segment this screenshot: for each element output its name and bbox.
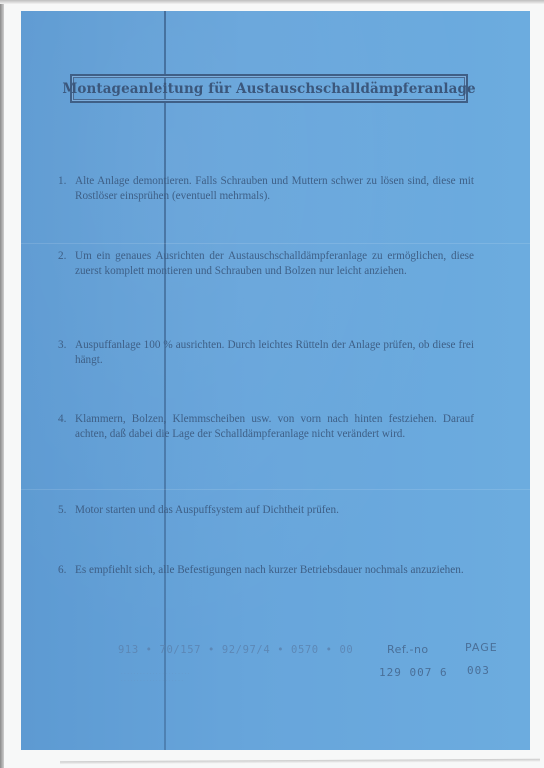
step-number: 4. (58, 412, 74, 427)
instruction-step: 1. Alte Anlage demontieren. Falls Schrau… (58, 174, 474, 204)
step-text: Klammern, Bolzen, Klemmscheiben usw. von… (75, 412, 474, 442)
instruction-step: 6. Es empfiehlt sich, alle Befestigungen… (58, 563, 474, 578)
scan-edge-top (0, 0, 544, 4)
fold-crease-horizontal (21, 489, 530, 490)
instruction-step: 5. Motor starten und das Auspuffsystem a… (58, 503, 474, 518)
instruction-step: 4. Klammern, Bolzen, Klemmscheiben usw. … (58, 412, 474, 442)
step-text: Es empfiehlt sich, alle Befestigungen na… (75, 563, 474, 578)
step-number: 2. (58, 249, 74, 264)
step-number: 6. (58, 563, 74, 578)
step-number: 5. (58, 503, 74, 518)
ref-no-value: 129 007 6 (379, 666, 448, 679)
page-number-value: 003 (467, 664, 490, 677)
title-box: Montageanleitung für Austauschschalldämp… (70, 74, 468, 103)
fine-print-line: · · · · · · · · · · · · · · · · · · · · … (121, 671, 311, 678)
step-text: Alte Anlage demontieren. Falls Schrauben… (75, 174, 474, 204)
fine-print-line: · · · · · · · · · · · · · · · · · · · · (121, 678, 311, 685)
instruction-step: 2. Um ein genaues Ausrichten der Austaus… (58, 249, 474, 279)
step-text: Auspuffanlage 100 % ausrichten. Durch le… (75, 338, 474, 368)
step-text: Um ein genaues Ausrichten der Austauschs… (75, 249, 474, 279)
step-text: Motor starten und das Auspuffsystem auf … (75, 503, 474, 518)
instruction-step: 3. Auspuffanlage 100 % ausrichten. Durch… (58, 338, 474, 368)
fold-crease-horizontal (21, 243, 530, 244)
footer-fine-print: · · · · · · · · · · · · · · · · · · · · … (121, 671, 311, 685)
footer-part-code: 913 • 70/157 • 92/97/4 • 0570 • 00 (118, 644, 353, 656)
document-sheet: Montageanleitung für Austauschschalldämp… (21, 11, 530, 750)
scan-edge-bottom (60, 759, 540, 765)
step-number: 3. (58, 338, 74, 353)
page-label: PAGE (465, 641, 498, 654)
step-number: 1. (58, 174, 74, 189)
scan-edge-left (0, 0, 4, 768)
document-title: Montageanleitung für Austauschschalldämp… (62, 81, 475, 97)
ref-no-label: Ref.-no (387, 643, 429, 656)
fold-crease-vertical (164, 11, 166, 750)
